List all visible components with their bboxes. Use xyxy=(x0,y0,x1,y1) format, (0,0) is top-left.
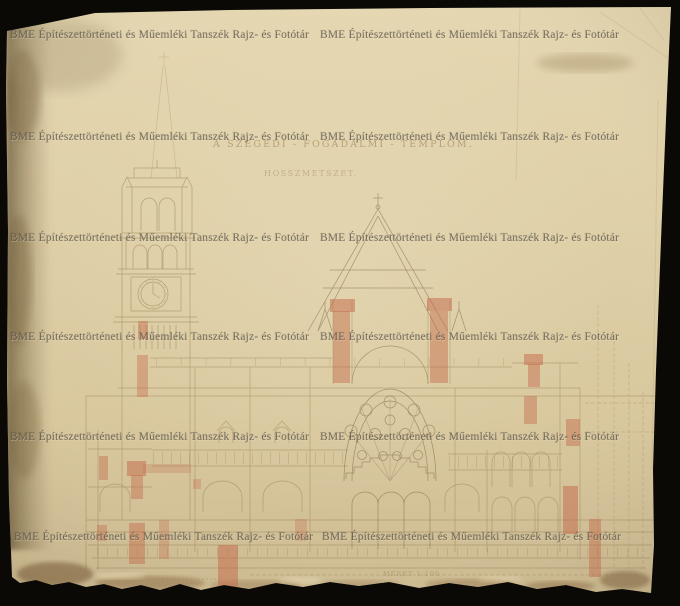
archival-photo: A SZEGEDI - FOGADALMI - TEMPLOM. HOSSZME… xyxy=(0,0,680,606)
drawing-scan xyxy=(0,0,680,606)
